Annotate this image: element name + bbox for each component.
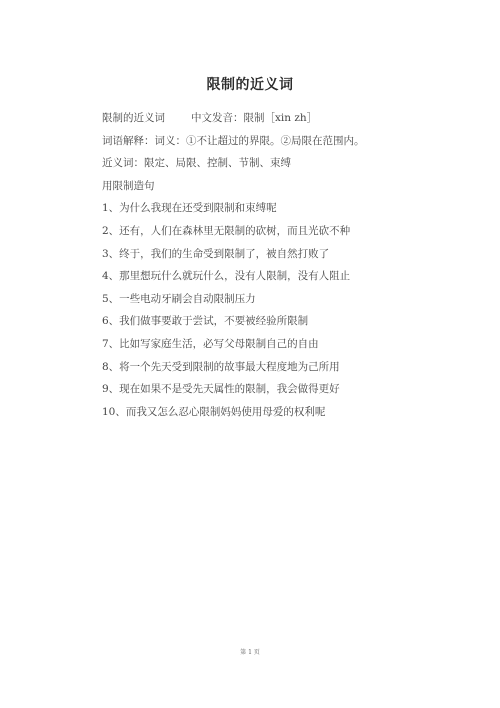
term-label: 限制的近义词 bbox=[102, 112, 165, 124]
example-sentence: 8、将一个先天受到限制的故事最大程度地为己所用 bbox=[102, 361, 432, 373]
example-sentence: 6、我们做事要敢于尝试，不要被经验所限制 bbox=[102, 315, 432, 327]
term-pronunciation-line: 限制的近义词中文发音：限制［xin zh］ bbox=[102, 112, 432, 124]
document-title: 限制的近义词 bbox=[0, 74, 500, 94]
example-sentence: 9、现在如果不是受先天属性的限制，我会做得更好 bbox=[102, 383, 432, 395]
pronunciation-text: 中文发音：限制［xin zh］ bbox=[191, 112, 317, 124]
document-page: 限制的近义词 限制的近义词中文发音：限制［xin zh］ 词语解释：词义：①不让… bbox=[0, 0, 500, 708]
example-sentence: 3、终于，我们的生命受到限制了，被自然打败了 bbox=[102, 248, 432, 260]
example-sentence: 4、那里想玩什么就玩什么，没有人限制，没有人阻止 bbox=[102, 270, 432, 282]
document-body: 限制的近义词中文发音：限制［xin zh］ 词语解释：词义：①不让超过的界限。②… bbox=[102, 112, 432, 428]
page-number: 第 1 页 bbox=[0, 647, 500, 656]
example-sentence: 7、比如写家庭生活，必写父母限制自己的自由 bbox=[102, 338, 432, 350]
example-sentence: 5、一些电动牙刷会自动限制压力 bbox=[102, 293, 432, 305]
examples-heading: 用限制造句 bbox=[102, 180, 432, 192]
example-sentence: 2、还有，人们在森林里无限制的砍树，而且光砍不种 bbox=[102, 225, 432, 237]
example-sentence: 1、为什么我现在还受到限制和束缚呢 bbox=[102, 202, 432, 214]
example-sentence: 10、而我又怎么忍心限制妈妈使用母爱的权利呢 bbox=[102, 406, 432, 418]
definition-line: 词语解释：词义：①不让超过的界限。②局限在范围内。 bbox=[102, 135, 432, 147]
synonyms-line: 近义词：限定、局限、控制、节制、束缚 bbox=[102, 157, 432, 169]
